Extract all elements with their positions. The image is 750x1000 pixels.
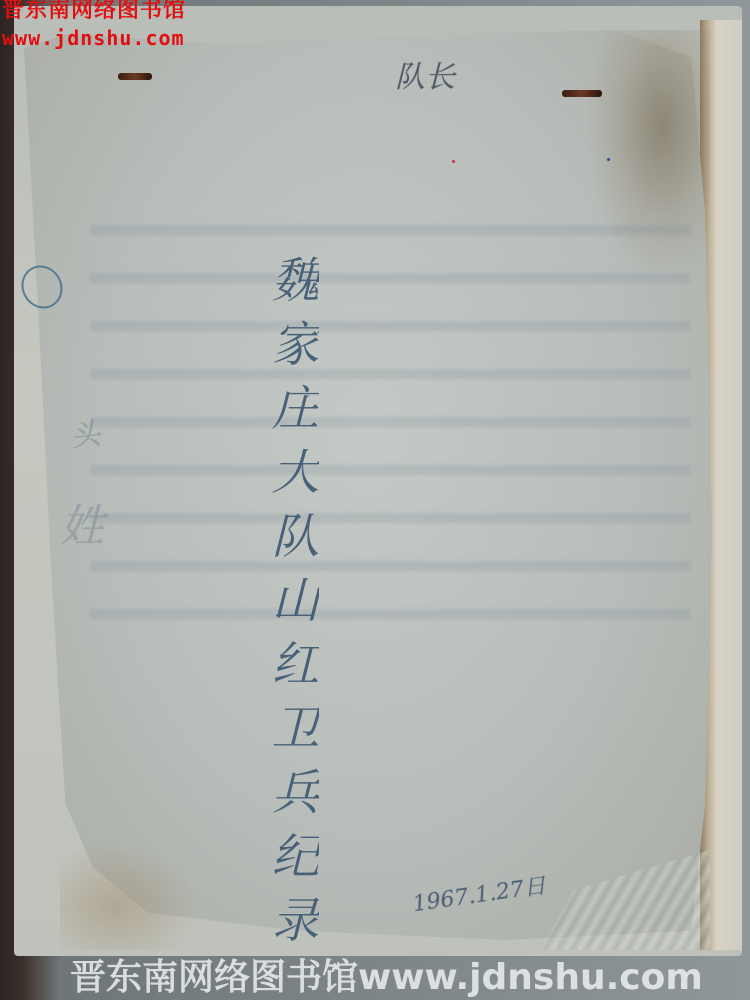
watermark-top-name: 晋东南网络图书馆 <box>2 0 186 22</box>
red-ink-dot <box>452 160 455 163</box>
margin-scribble: 头 <box>68 409 102 456</box>
top-handwritten-note: 队长 <box>395 52 455 96</box>
stain-bottom-left <box>60 840 200 950</box>
watermark-top-url: www.jdnshu.com <box>2 28 186 48</box>
margin-scribble-2: 姓 <box>60 490 104 554</box>
watermark-bottom: 晋东南网络图书馆www.jdnshu.com <box>70 955 750 1000</box>
watermark-top: 晋东南网络图书馆 www.jdnshu.com <box>2 0 186 48</box>
bleed-through-text <box>90 200 690 640</box>
handwritten-title: 魏家庄大队山红卫兵纪录 <box>255 255 315 959</box>
staple-left <box>118 73 152 80</box>
staple-right <box>562 90 602 97</box>
blue-ink-dot <box>607 158 610 161</box>
